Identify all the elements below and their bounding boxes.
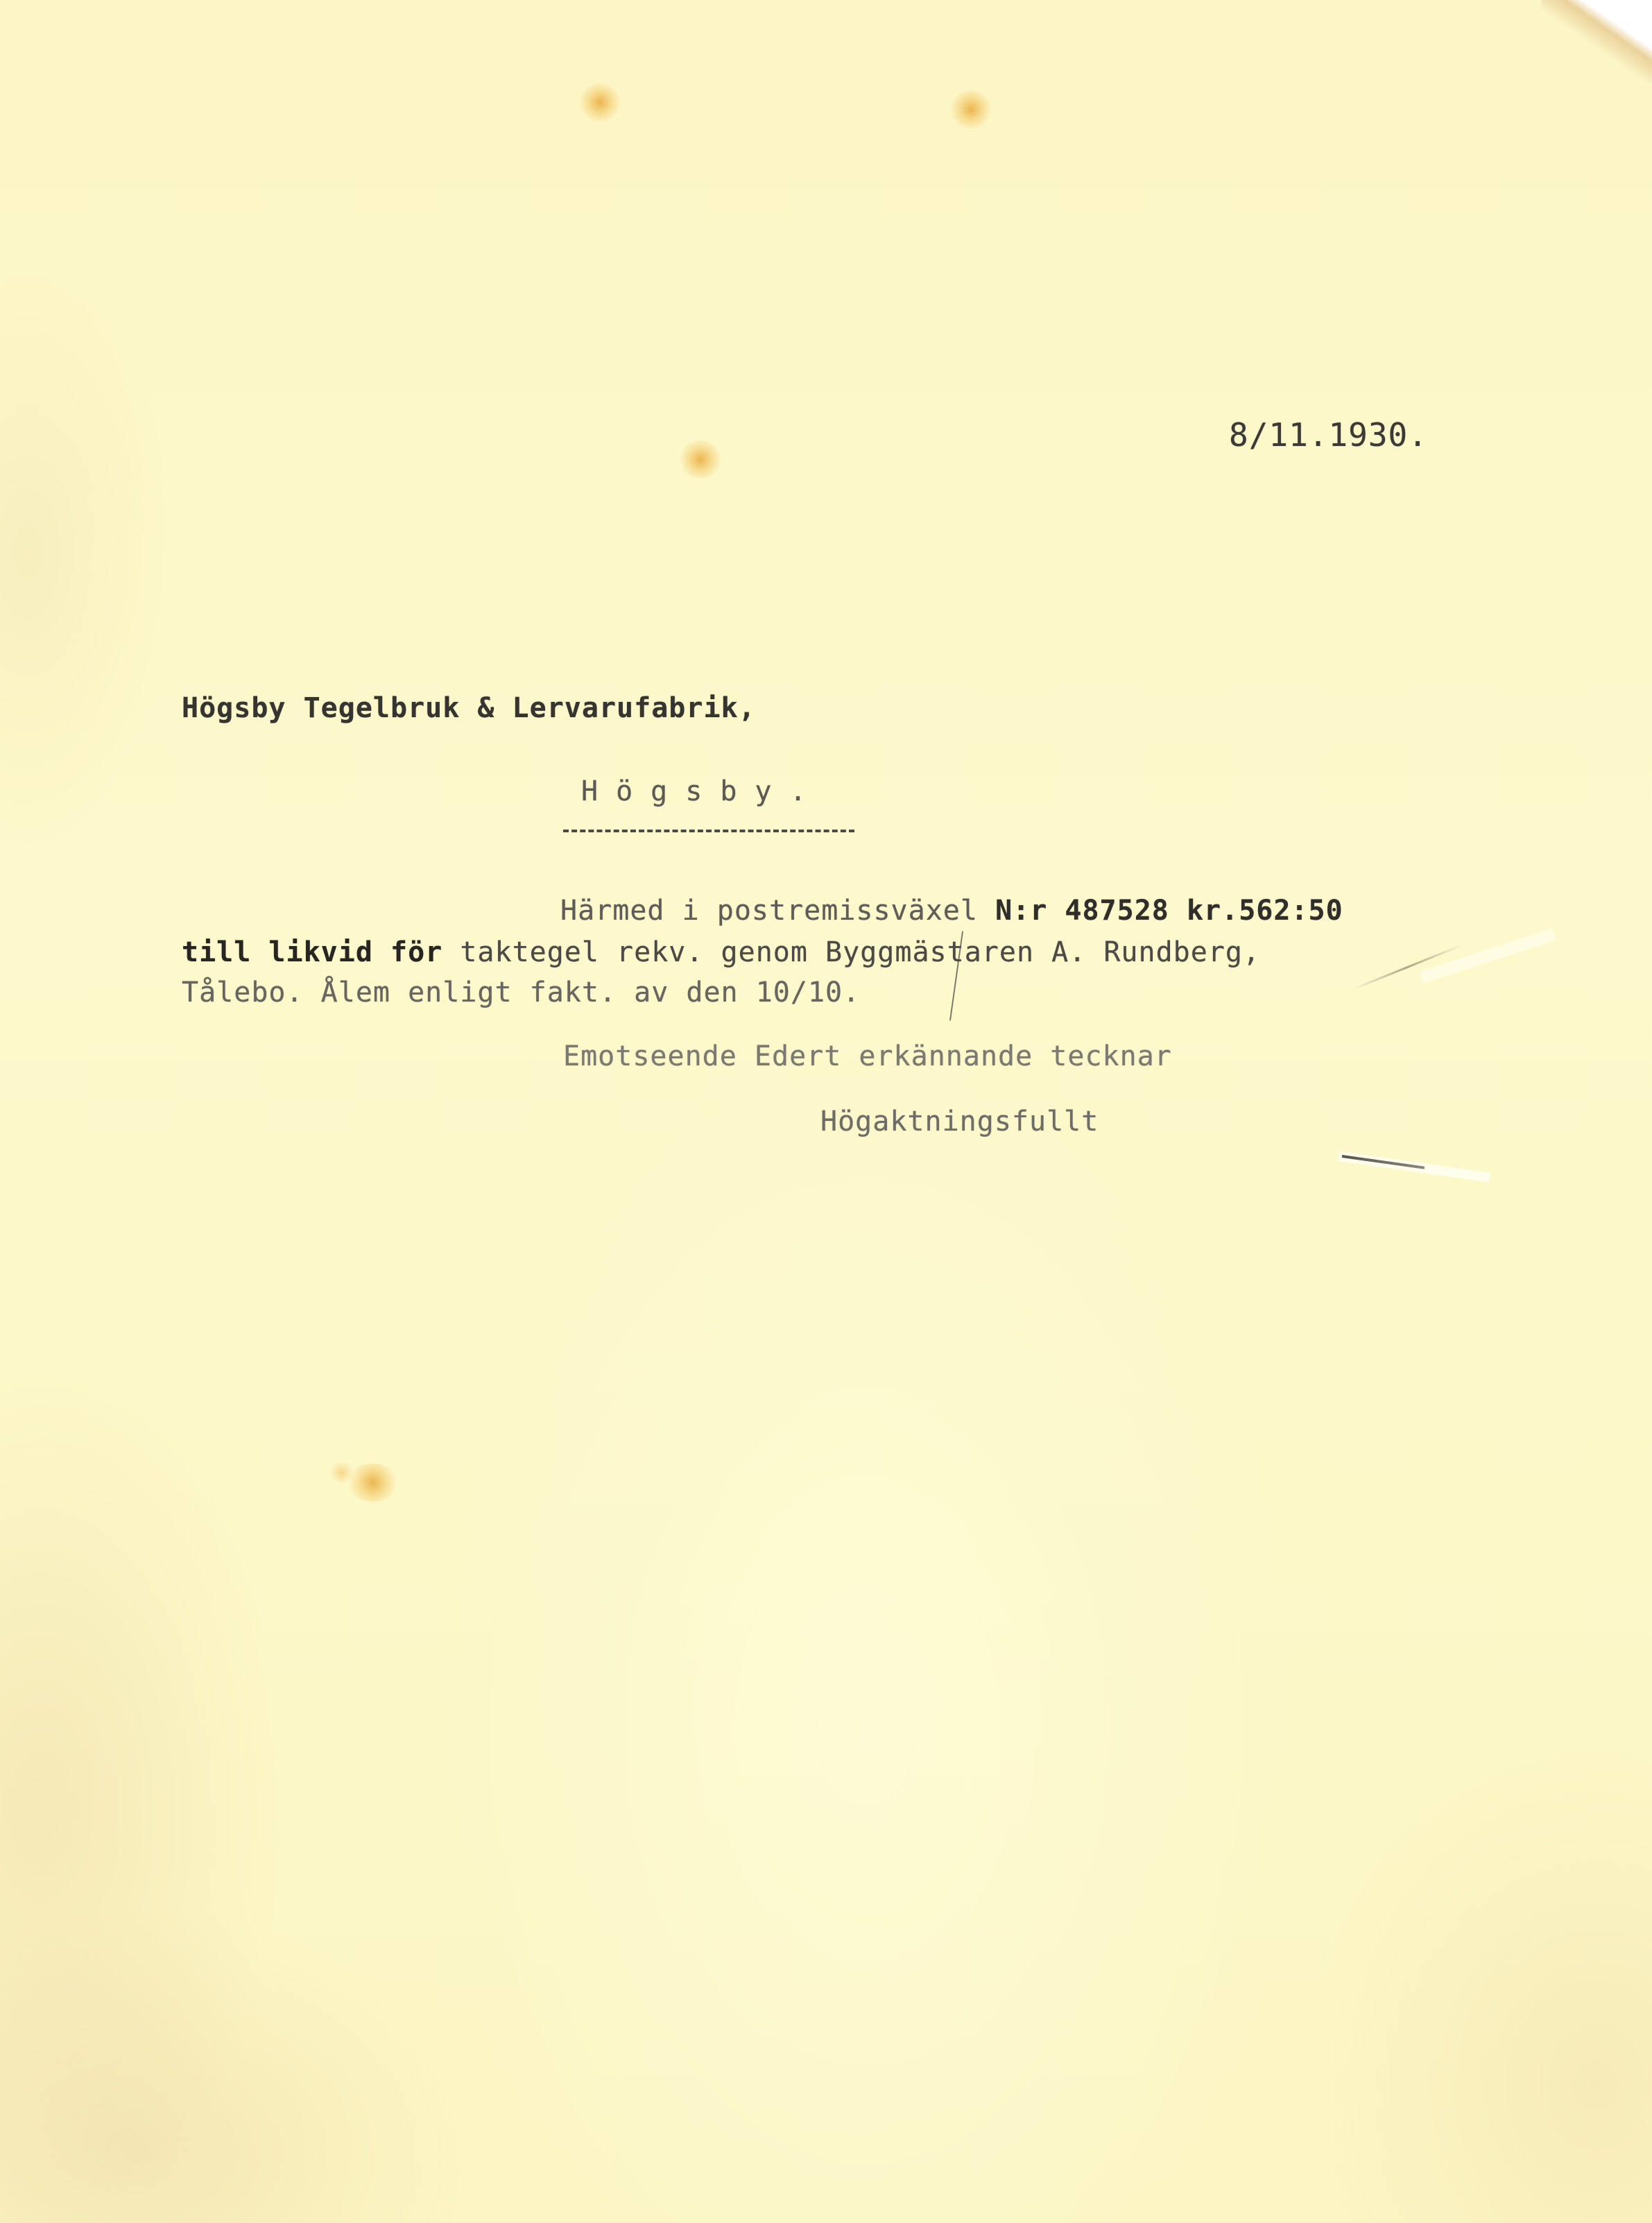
remittance-number: N:r 487528	[995, 895, 1169, 927]
city-underline	[563, 830, 854, 832]
stain-mark	[680, 440, 721, 479]
addressee-name: Högsby Tegelbruk & Lervarufabrik,	[182, 692, 756, 724]
closing-line: Emotseende Edert erkännande tecknar	[563, 1040, 1172, 1072]
body-line-1-prefix: Härmed i postremissväxel	[560, 895, 995, 927]
stain-mark	[950, 90, 992, 128]
stain-mark	[347, 1464, 399, 1502]
stain-mark	[579, 83, 621, 121]
body-line-1: Härmed i postremissväxel N:r 487528 kr.5…	[560, 895, 1343, 927]
addressee-city: Högsby.	[581, 775, 825, 807]
folded-corner	[1541, 0, 1652, 83]
complimentary-close: Högaktningsfullt	[820, 1106, 1099, 1138]
letter-date: 8/11.1930.	[1229, 416, 1428, 454]
payment-amount: kr.562:50	[1169, 895, 1343, 927]
body-line-3: Tålebo. Ålem enligt fakt. av den 10/10.	[182, 977, 860, 1008]
body-line-2: till likvid för taktegel rekv. genom Byg…	[182, 936, 1260, 968]
body-line-2-prefix: till likvid för	[182, 936, 442, 968]
body-line-2-rest: taktegel rekv. genom Byggmästaren A. Run…	[442, 936, 1260, 968]
